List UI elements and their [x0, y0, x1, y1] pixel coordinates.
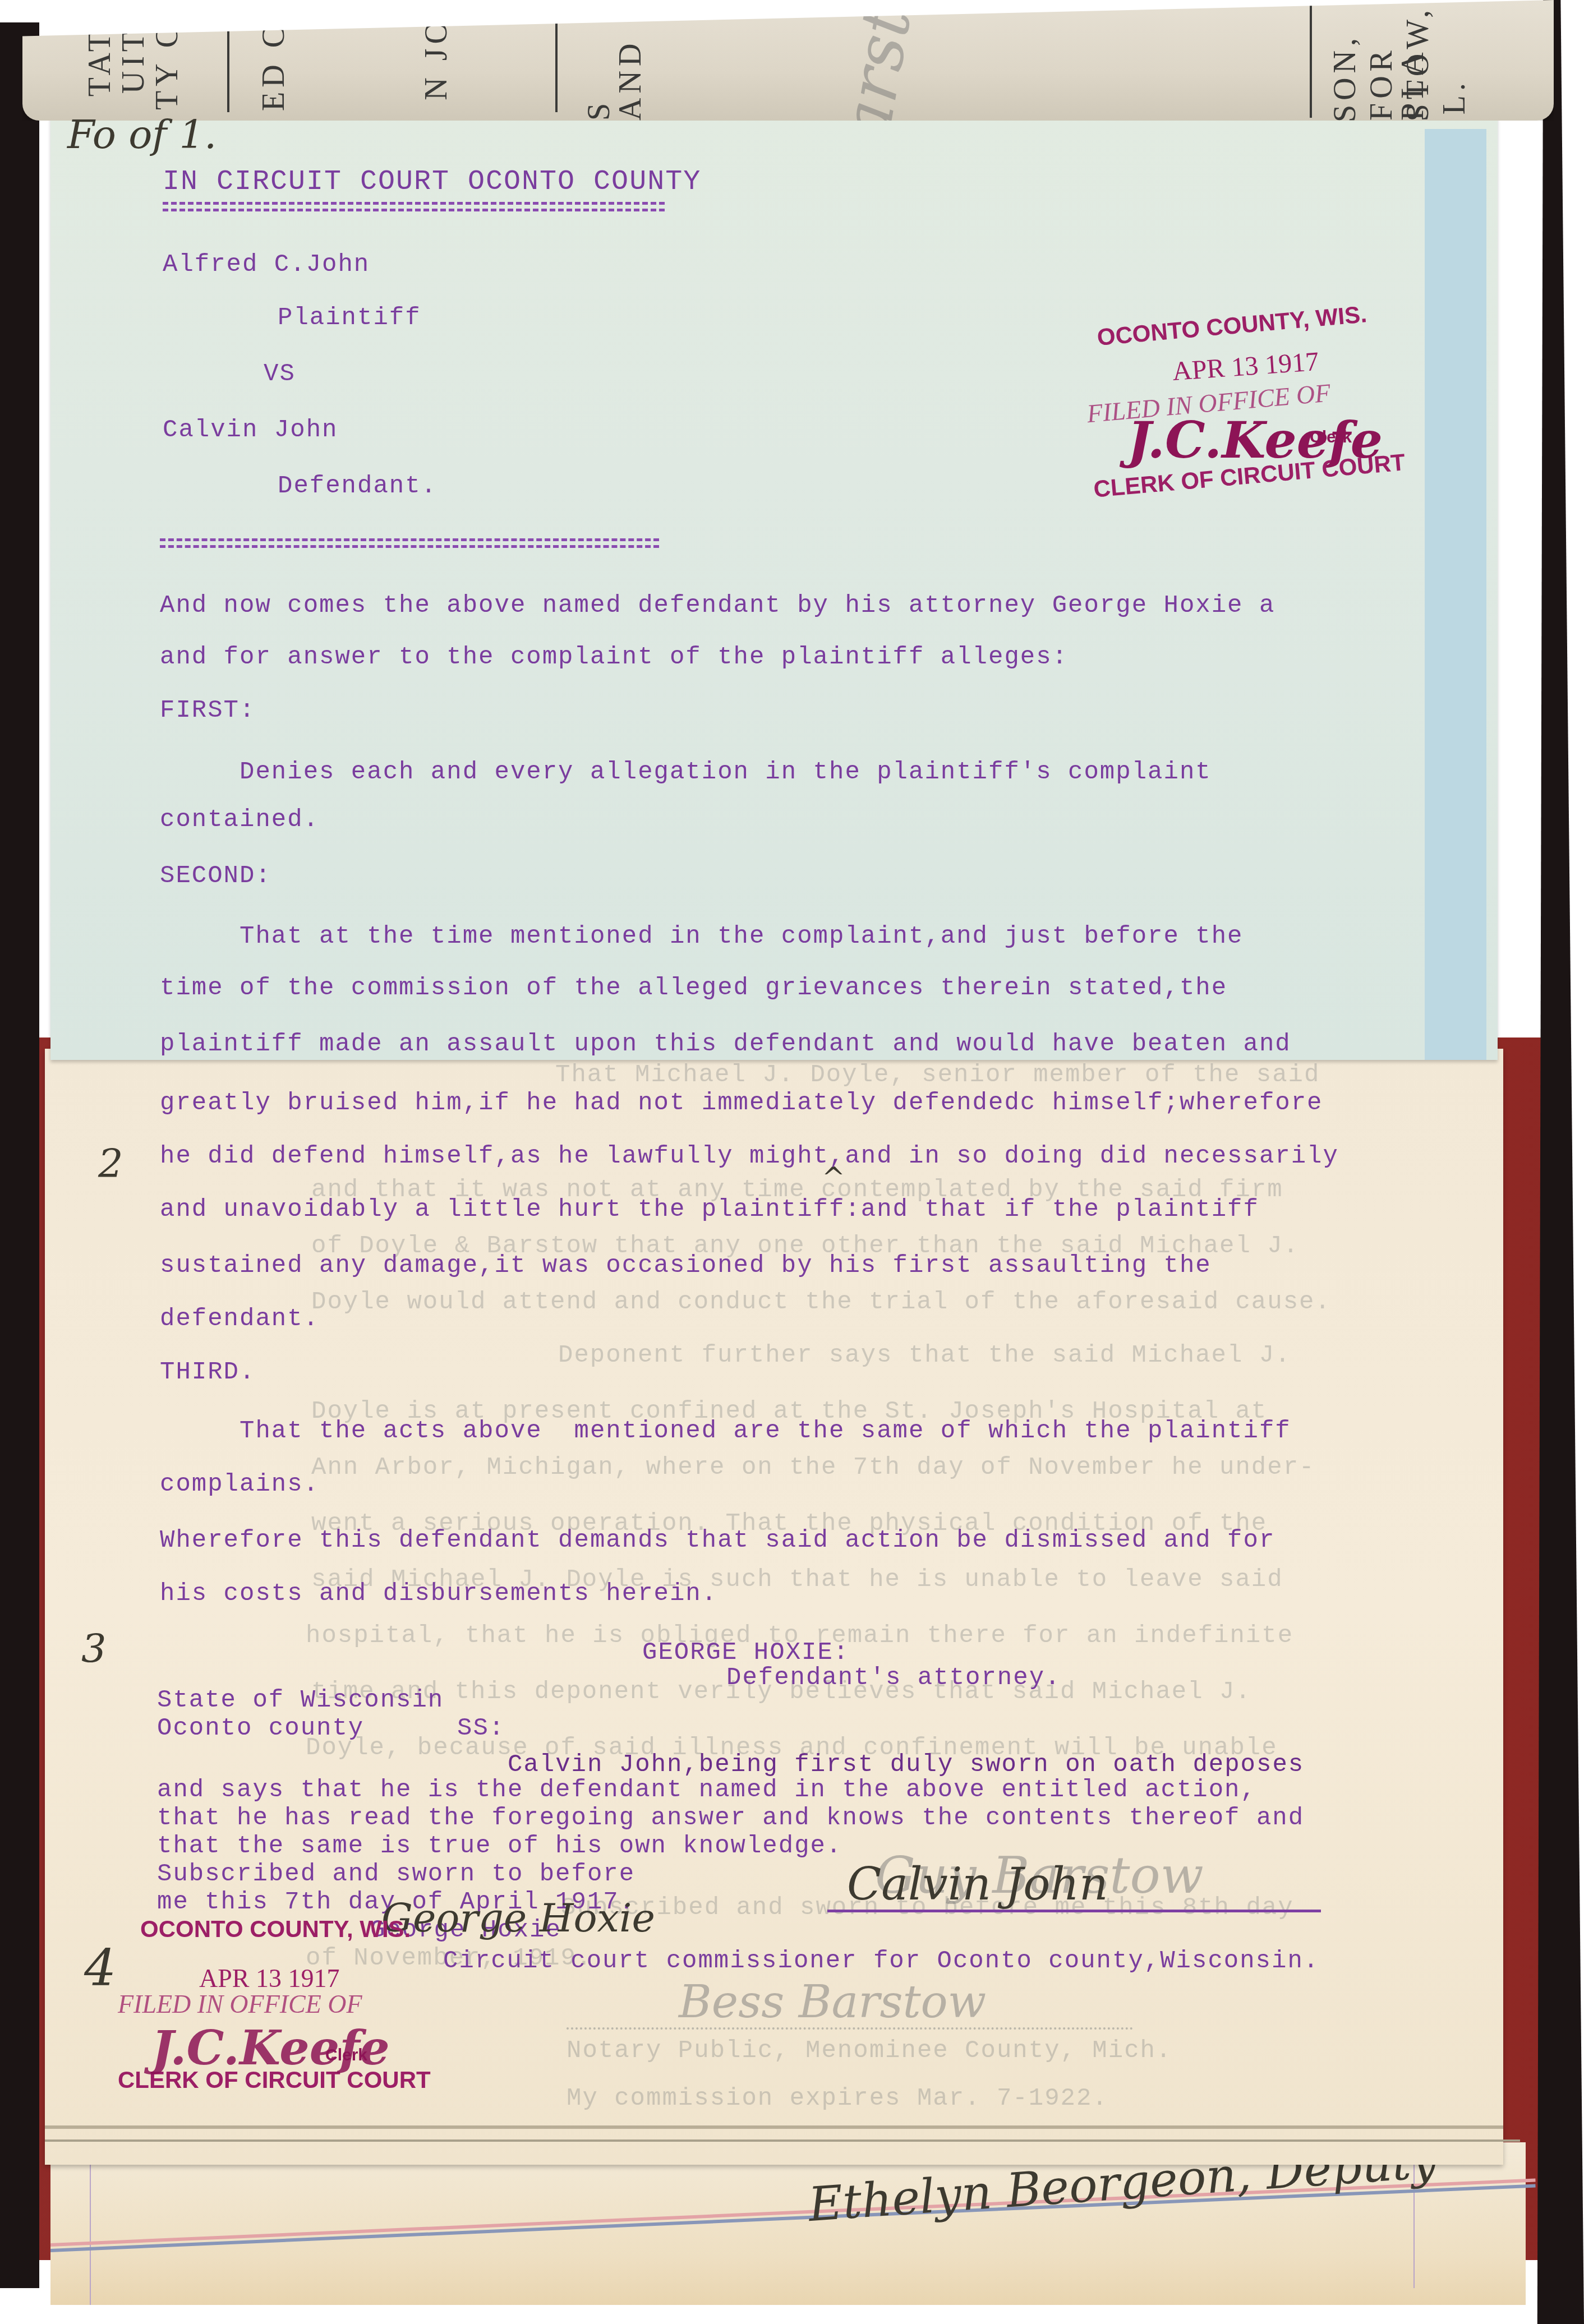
ledger-margin-line	[90, 2142, 91, 2305]
attorney-name: GEORGE HOXIE:	[642, 1640, 849, 1665]
court-heading: IN CIRCUIT COURT OCONTO COUNTY	[163, 168, 701, 196]
page-reference-note: Fo of 1.	[67, 115, 217, 154]
margin-number-4: 4	[84, 1943, 116, 1994]
fragment: UIT	[118, 28, 149, 94]
second-paragraph-line: and unavoidably a little hurt the plaint…	[160, 1197, 1259, 1222]
venue-county: Oconto county	[157, 1716, 364, 1741]
notary-signature: Bess Barstow	[679, 1980, 986, 2025]
caption-double-rule	[160, 545, 659, 548]
notary-signature-line	[567, 2027, 1133, 2030]
caption-double-rule	[160, 538, 659, 541]
notary-title: Notary Public, Menominee County, Mich.	[567, 2039, 1172, 2063]
verification-line: that he has read the foregoing answer an…	[157, 1806, 1304, 1830]
first-paragraph: contained.	[160, 808, 319, 832]
versus: VS	[264, 362, 296, 386]
prayer-line: Wherefore this defendant demands that sa…	[160, 1528, 1275, 1553]
third-heading: THIRD.	[160, 1360, 255, 1385]
sheet-edge	[45, 2139, 1520, 2142]
sheet-edge	[45, 2125, 1503, 2129]
answer-sheet-edge	[1425, 129, 1486, 1060]
bleed-through-line: Deponent further says that the said Mich…	[558, 1343, 1291, 1368]
verification-line: Calvin John,being first duly sworn on oa…	[508, 1753, 1304, 1777]
divider-line	[1310, 6, 1312, 118]
venue-state: State of Wisconsin	[157, 1688, 444, 1713]
bleed-through-line: Doyle would attend and conduct the trial…	[311, 1290, 1331, 1315]
margin-number-3: 3	[81, 1629, 107, 1668]
commissioner-title: Circuit court commissioner for Oconto co…	[443, 1949, 1319, 1973]
divider-line	[555, 17, 558, 112]
second-paragraph-line: sustained any damage,it was occasioned b…	[160, 1253, 1212, 1278]
second-paragraph-line: time of the commission of the alleged gr…	[160, 976, 1227, 1000]
filing-date-bottom: APR 13 1917	[199, 1966, 339, 1991]
defendant-role: Defendant.	[278, 474, 437, 499]
fragment: TAT	[84, 28, 116, 96]
fragment: S AND	[583, 17, 646, 121]
defendant-name: Calvin John	[163, 418, 338, 442]
notary-expiry: My commission expires Mar. 7-1922.	[567, 2086, 1108, 2111]
verification-line: that the same is true of his own knowled…	[157, 1834, 842, 1859]
margin-number-2: 2	[98, 1144, 123, 1183]
second-paragraph-line: That at the time mentioned in the compla…	[160, 924, 1244, 949]
stamp-line-county: OCONTO COUNTY, WIS.	[1079, 299, 1393, 352]
fragment: ED C	[258, 22, 289, 111]
prayer-line: his costs and disbursements herein.	[160, 1581, 717, 1606]
plaintiff-name: Alfred C.John	[163, 252, 370, 277]
affiant-signature-line	[827, 1910, 1321, 1912]
stamp-line-county: OCONTO COUNTY, WIS.	[118, 1917, 431, 1942]
answer-intro: And now comes the above named defendant …	[160, 593, 1275, 618]
affiant-signature: Calvin John	[847, 1862, 1108, 1907]
fragment: TY C	[151, 22, 183, 110]
clerk-title-top: Clerk	[1310, 429, 1352, 446]
third-paragraph-line: complains.	[160, 1472, 319, 1497]
heading-double-rule	[163, 202, 665, 205]
scan-border-left	[0, 22, 39, 2288]
bleed-through-line: Ann Arbor, Michigan, where on the 7th da…	[311, 1455, 1315, 1480]
clerk-title-bottom: Clerk	[325, 2047, 367, 2064]
venue-ss: SS:	[457, 1716, 505, 1741]
fragment: L.	[1439, 79, 1470, 114]
attorney-title: Defendant's attorney.	[726, 1666, 1061, 1690]
answer-intro: and for answer to the complaint of the p…	[160, 645, 1068, 670]
fragment: SON,	[1329, 34, 1361, 122]
second-paragraph-line: he did defend himself,as he lawfully mig…	[160, 1144, 1339, 1169]
filing-stamp-top: OCONTO COUNTY, WIS. FILED IN OFFICE OF C…	[1075, 251, 1408, 527]
divider-line	[227, 22, 229, 112]
stamp-line-filed: FILED IN OFFICE OF	[118, 1991, 431, 2018]
fragment: N JO	[421, 17, 452, 100]
verification-line: and says that he is the defendant named …	[157, 1778, 1256, 1802]
first-heading: FIRST:	[160, 698, 255, 723]
second-heading: SECOND:	[160, 864, 271, 888]
second-paragraph-line: defendant.	[160, 1307, 319, 1331]
first-paragraph: Denies each and every allegation in the …	[160, 760, 1212, 785]
bleed-through-line: That Michael J. Doyle, senior member of …	[555, 1063, 1320, 1087]
third-paragraph-line: That the acts above mentioned are the sa…	[160, 1419, 1291, 1444]
plaintiff-role: Plaintiff	[278, 306, 421, 330]
folded-back-sheet: TAT UIT TY C ED C N JO S AND Barstow SON…	[22, 0, 1554, 121]
second-paragraph-line: greatly bruised him,if he had not immedi…	[160, 1091, 1323, 1115]
heading-double-rule	[163, 209, 665, 211]
ledger-sheet: Ethelyn Beorgeon, Deputy	[50, 2142, 1526, 2305]
second-paragraph-line: plaintiff made an assault upon this defe…	[160, 1032, 1291, 1057]
answer-sheet	[50, 84, 1498, 1060]
